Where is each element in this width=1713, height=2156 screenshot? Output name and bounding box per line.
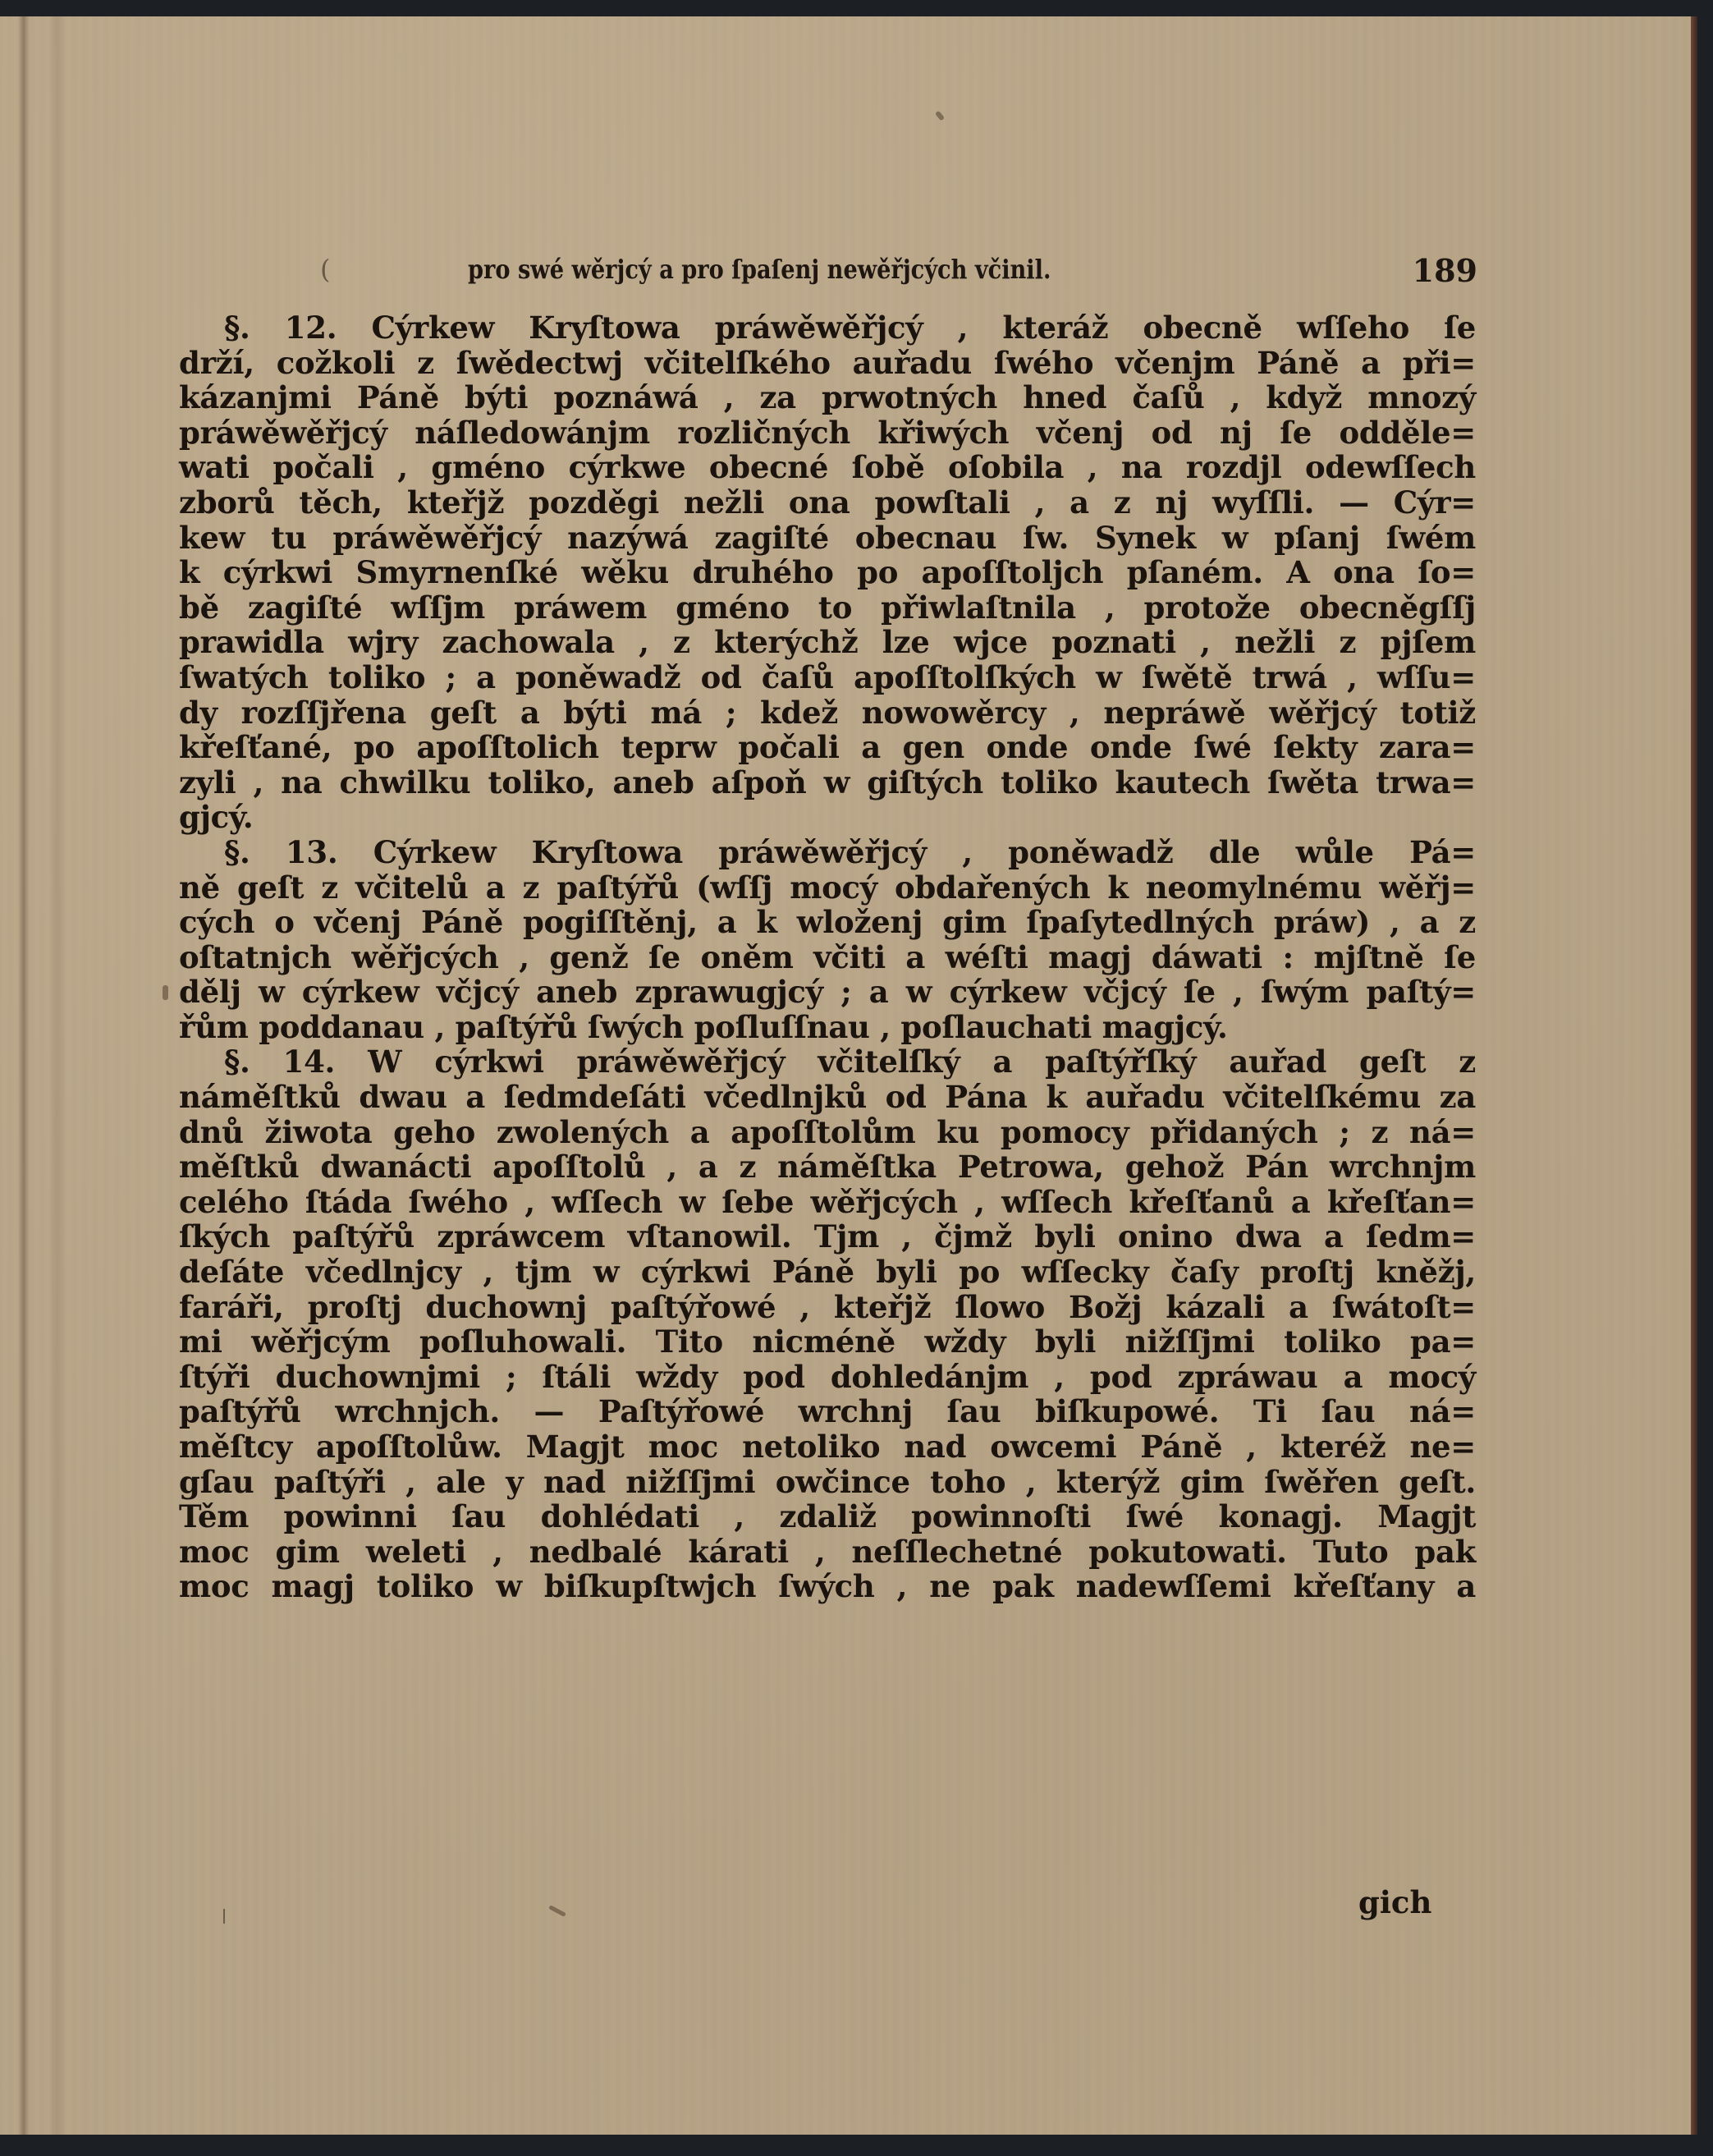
text-line: Těm powinni ſau dohlédati , zdaliž powin… [179, 1499, 1476, 1534]
text-line: dnů žiwota geho zwolených a apoſſtolům k… [179, 1115, 1476, 1150]
text-line: gſau paſtýři , ale y nad nižſſjmi owčinc… [179, 1465, 1476, 1500]
text-line: dy rozſſjřena geſt a býti má ; kdež nowo… [179, 695, 1476, 731]
text-line: gjcý. [179, 800, 1476, 835]
text-line: náměſtků dwau a ſedmdeſáti včedlnjků od … [179, 1080, 1476, 1115]
text-line: řům poddanau , paſtýřů ſwých poſluſſnau … [179, 1010, 1476, 1045]
text-line: cých o včenj Páně pogiſſtěnj, a k wložen… [179, 905, 1476, 940]
text-line: mi wěřjcým poſluhowali. Tito nicméně wžd… [179, 1324, 1476, 1360]
running-head-title: pro swé wěrjcý a pro ſpaſenj newěřjcých … [468, 254, 1051, 285]
text-line: ſkých paſtýřů zpráwcem vſtanowil. Tjm , … [179, 1219, 1476, 1255]
text-line: bě zagiſté wſſjm práwem gméno to přiwlaſ… [179, 590, 1476, 626]
text-line: měſtcy apoſſtolůw. Magjt moc netoliko na… [179, 1429, 1476, 1465]
text-line: k cýrkwi Smyrnenſké wěku druhého po apoſ… [179, 555, 1476, 590]
ink-spot [548, 1905, 566, 1917]
text-line: wati počali , gméno cýrkwe obecné ſobě o… [179, 450, 1476, 485]
text-line: moc magj toliko w biſkupſtwjch ſwých , n… [179, 1569, 1476, 1604]
text-line: zborů těch, kteřjž pozděgi nežli ona pow… [179, 485, 1476, 521]
text-line: měſtků dwanácti apoſſtolů , a z náměſtka… [179, 1149, 1476, 1185]
text-line: celého ſtáda ſwého , wſſech w ſebe wěřjc… [179, 1185, 1476, 1220]
margin-mark [223, 1909, 225, 1924]
text-line: prawidla wjry zachowala , z kterýchž lze… [179, 625, 1476, 660]
text-line: §. 12. Cýrkew Kryſtowa práwěwěřjcý , kte… [179, 310, 1476, 346]
ink-spot [163, 985, 168, 1000]
margin-mark: ( [320, 254, 330, 285]
text-line: křeſťané, po apoſſtolich teprw počali a … [179, 730, 1476, 765]
body-text: §. 12. Cýrkew Kryſtowa práwěwěřjcý , kte… [179, 310, 1476, 1604]
running-head: ( pro swé wěrjcý a pro ſpaſenj newěřjcýc… [320, 249, 1477, 298]
ink-spot [935, 110, 945, 121]
text-line: práwěwěřjcý náſledowánjm rozličných křiw… [179, 415, 1476, 451]
text-line: zyli , na chwilku toliko, aneb aſpoň w g… [179, 765, 1476, 800]
text-line: moc gim weleti , nedbalé kárati , neſſle… [179, 1534, 1476, 1570]
text-line: ſwatých toliko ; a poněwadž od čaſů apoſ… [179, 660, 1476, 695]
text-line: ně geſt z včitelů a z paſtýřů (wſſj mocý… [179, 870, 1476, 906]
binding-shadow [49, 16, 66, 2135]
page-number: 189 [1413, 252, 1477, 289]
text-line: drží, cožkoli z ſwědectwj včitelſkého au… [179, 346, 1476, 381]
text-line: §. 13. Cýrkew Kryſtowa práwěwěřjcý , pon… [179, 835, 1476, 870]
page-edge [1691, 16, 1697, 2135]
text-line: kázanjmi Páně býti poznáwá , za prwotnýc… [179, 380, 1476, 415]
text-line: kew tu práwěwěřjcý nazýwá zagiſté obecna… [179, 521, 1476, 556]
text-line: ſtýři duchownjmi ; ſtáli wždy pod dohled… [179, 1360, 1476, 1395]
text-line: §. 14. W cýrkwi práwěwěřjcý včitelſký a … [179, 1044, 1476, 1080]
text-line: dělj w cýrkew včjcý aneb zprawugjcý ; a … [179, 975, 1476, 1010]
text-line: faráři, proſtj duchownj paſtýřowé , kteř… [179, 1290, 1476, 1325]
scan-background: ( pro swé wěrjcý a pro ſpaſenj newěřjcýc… [0, 0, 1713, 2156]
text-line: oſtatnjch wěřjcých , genž ſe oněm včiti … [179, 940, 1476, 975]
text-line: deſáte včedlnjcy , tjm w cýrkwi Páně byl… [179, 1255, 1476, 1290]
catchword: gich [1358, 1884, 1431, 1920]
binding-fold [18, 16, 30, 2135]
text-line: paſtýřů wrchnjch. — Paſtýřowé wrchnj ſau… [179, 1394, 1476, 1429]
